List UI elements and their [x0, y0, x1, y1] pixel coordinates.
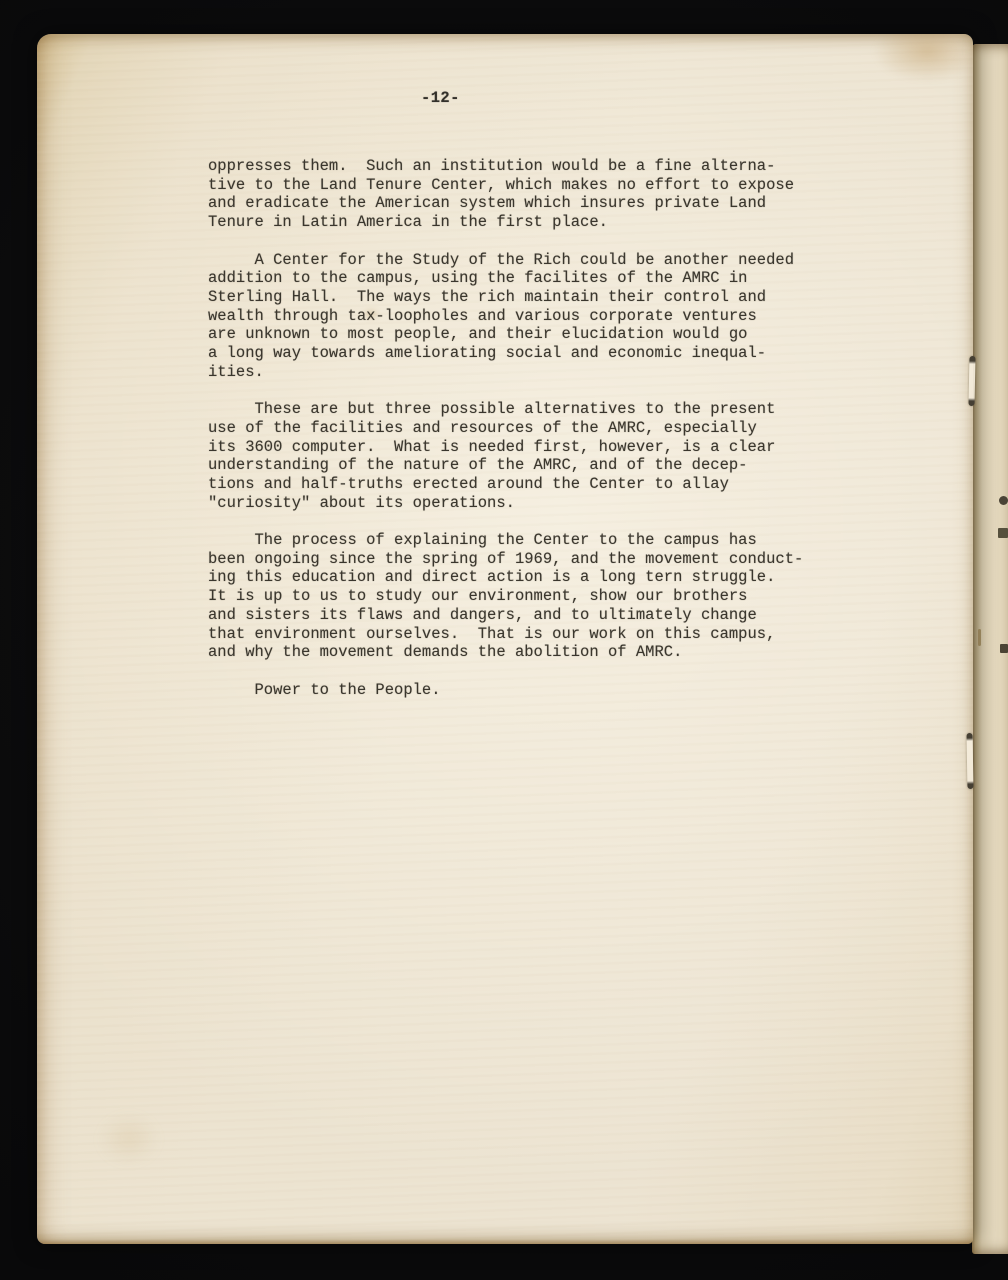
ink-bleed-mark: [1000, 644, 1008, 653]
page-number: -12-: [421, 89, 460, 108]
gutter-crease-mark: [978, 629, 981, 646]
ink-bleed-mark: [998, 528, 1008, 538]
ink-bleed-mark: [999, 496, 1008, 505]
paragraph: oppresses them. Such an institution woul…: [208, 157, 803, 232]
paragraph: The process of explaining the Center to …: [208, 531, 803, 662]
paragraph: These are but three possible alternative…: [208, 400, 803, 512]
paper-stain: [89, 1106, 169, 1172]
scanned-page-photo: -12- oppresses them. Such an institution…: [0, 0, 1008, 1280]
page-body-text: oppresses them. Such an institution woul…: [208, 157, 803, 699]
paragraph: A Center for the Study of the Rich could…: [208, 251, 803, 382]
page-bottom-edge: [37, 1239, 973, 1244]
staple-mark: [968, 356, 975, 406]
paragraph: Power to the People.: [208, 681, 803, 700]
staple-mark: [967, 733, 974, 789]
document-page: -12- oppresses them. Such an institution…: [37, 34, 973, 1244]
